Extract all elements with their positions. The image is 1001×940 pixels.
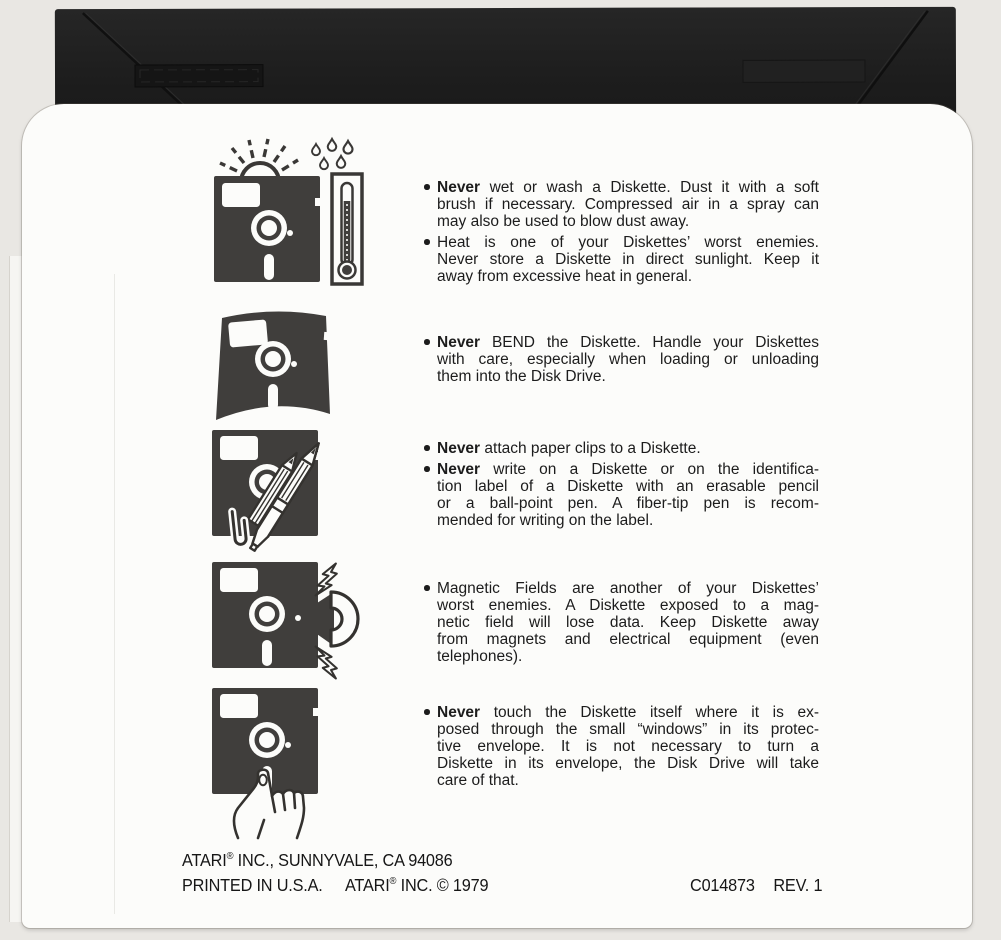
section-touch-windows-text: Never touch the Diskette itself where it… (437, 704, 819, 793)
footer-printed-copyright: PRINTED IN U.S.A.ATARI® INC. © 1979 (182, 875, 488, 896)
bullet-dot (424, 184, 430, 190)
section-bend-text: Never BEND the Diskette. Handle your Dis… (437, 334, 819, 389)
bullet-point: Never BEND the Diskette. Handle your Dis… (437, 334, 819, 385)
scanned-page: Never wet or wash a Diskette. Dust it wi… (0, 0, 1001, 940)
diskette-pens-clip-illustration (206, 426, 364, 566)
section-clips-writing-text: Never attach paper clips to a Diskette. … (437, 440, 819, 533)
bullet-point: Magnetic Fields are another of your Disk… (437, 580, 819, 665)
bullet-point: Heat is one of your Diskettes’ worst ene… (437, 234, 819, 285)
footer-address: ATARI® INC., SUNNYVALE, CA 94086 (182, 850, 453, 871)
diskette-hand-illustration (206, 686, 330, 840)
instruction-card: Never wet or wash a Diskette. Dust it wi… (22, 104, 972, 928)
bent-diskette-icon (216, 311, 330, 420)
bullet-point: Never attach paper clips to a Diskette. (437, 440, 819, 457)
sleeve-embossed-left (135, 65, 263, 87)
card-crease-line (114, 274, 115, 914)
bullet-dot (424, 239, 430, 245)
bullet-dot (424, 466, 430, 472)
bullet-point: Never wet or wash a Diskette. Dust it wi… (437, 179, 819, 230)
footer-part-number: C014873REV. 1 (690, 875, 822, 896)
bullet-dot (424, 445, 430, 451)
sleeve-embossed-right (743, 60, 865, 82)
bullet-dot (424, 339, 430, 345)
bullet-point: Never touch the Diskette itself where it… (437, 704, 819, 789)
bullet-dot (424, 709, 430, 715)
diskette-magnet-illustration (210, 560, 368, 682)
section-magnetic-fields-text: Magnetic Fields are another of your Disk… (437, 580, 819, 669)
bullet-dot (424, 585, 430, 591)
section-moisture-heat-text: Never wet or wash a Diskette. Dust it wi… (437, 179, 819, 289)
diskette-heat-moisture-illustration (206, 136, 366, 288)
diskette-icon (214, 176, 320, 282)
thermometer-icon (332, 174, 362, 284)
bent-diskette-illustration (212, 302, 336, 426)
water-drops-icon (312, 139, 353, 169)
bullet-point: Never write on a Diskette or on the iden… (437, 461, 819, 529)
horseshoe-magnet-icon (331, 592, 358, 646)
